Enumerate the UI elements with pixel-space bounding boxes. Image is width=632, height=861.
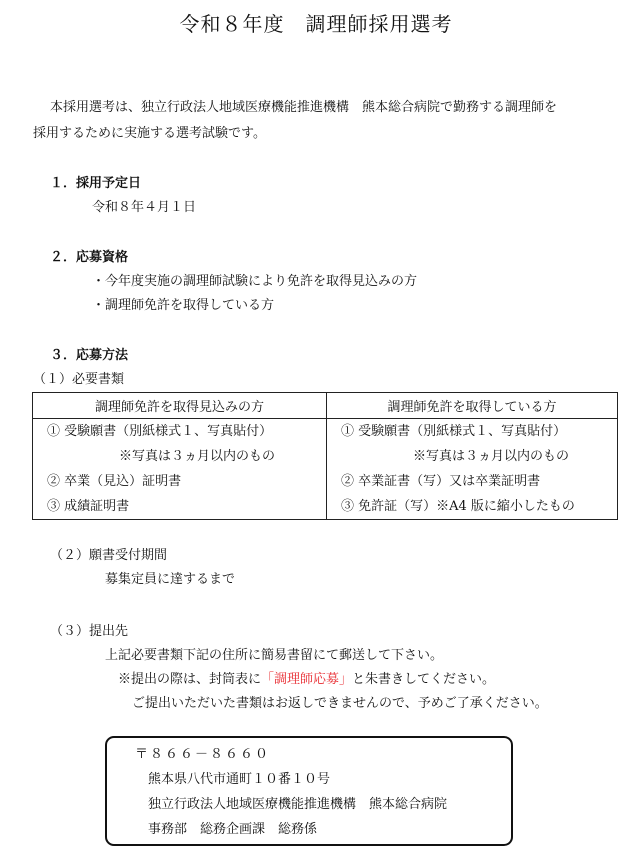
required-documents-table: 調理師免許を取得見込みの方 調理師免許を取得している方 ① 受験願書（別紙様式１…: [32, 392, 618, 520]
red-highlight-text: 「調理師応募」: [261, 672, 352, 687]
section-heading-start-date: １．採用予定日: [50, 176, 141, 192]
department-name: 事務部 総務企画課 総務係: [148, 822, 317, 838]
start-date-value: 令和８年４月１日: [92, 200, 196, 216]
section-heading-application: ３．応募方法: [50, 348, 128, 364]
period-value: 募集定員に達するまで: [105, 572, 235, 588]
expected-docs-cell: ① 受験願書（別紙様式１、写真貼付） ※写真は３ヵ月以内のもの ② 卒業（見込）…: [33, 419, 327, 520]
intro-line-1: 本採用選考は、独立行政法人地域医療機能推進機構 熊本総合病院で勤務する調理師を: [50, 100, 557, 116]
column-header-licensed: 調理師免許を取得している方: [327, 393, 618, 419]
intro-line-2: 採用するために実施する選考試験です。: [33, 126, 266, 142]
subsection-heading-required-docs: （１）必要書類: [33, 372, 124, 388]
table-row: ③ 免許証（写）※A4 版に縮小したもの: [341, 494, 617, 519]
table-row: ※写真は３ヵ月以内のもの: [341, 444, 617, 469]
subsection-heading-period: （２）願書受付期間: [50, 548, 167, 564]
subsection-heading-destination: （３）提出先: [50, 624, 128, 640]
envelope-note-prefix: ※提出の際は、封筒表に: [118, 672, 261, 687]
licensed-docs-cell: ① 受験願書（別紙様式１、写真貼付） ※写真は３ヵ月以内のもの ② 卒業証書（写…: [327, 419, 618, 520]
section-heading-eligibility: ２．応募資格: [50, 250, 128, 266]
table-row: ② 卒業証書（写）又は卒業証明書: [341, 469, 617, 494]
table-row: ① 受験願書（別紙様式１、写真貼付）: [47, 419, 326, 444]
envelope-note-suffix: と朱書きしてください。: [352, 672, 495, 687]
page-title: 令和８年度 調理師採用選考: [0, 8, 632, 37]
column-header-expected: 調理師免許を取得見込みの方: [33, 393, 327, 419]
address-box: 〒８６６－８６６０ 熊本県八代市通町１０番１０号 独立行政法人地域医療機能推進機…: [105, 736, 513, 846]
organization-name: 独立行政法人地域医療機能推進機構 熊本総合病院: [148, 797, 447, 813]
table-row: ※写真は３ヵ月以内のもの: [47, 444, 326, 469]
eligibility-item: ・調理師免許を取得している方: [92, 298, 274, 314]
postal-code: 〒８６６－８６６０: [135, 747, 270, 763]
table-row: ② 卒業（見込）証明書: [47, 469, 326, 494]
envelope-note: ※提出の際は、封筒表に「調理師応募」と朱書きしてください。: [118, 672, 495, 688]
table-row: ① 受験願書（別紙様式１、写真貼付）: [341, 419, 617, 444]
eligibility-item: ・今年度実施の調理師試験により免許を取得見込みの方: [92, 274, 417, 290]
destination-instruction: 上記必要書類下記の住所に簡易書留にて郵送して下さい。: [105, 648, 443, 664]
table-row: ③ 成績証明書: [47, 494, 326, 519]
no-return-note: ご提出いただいた書類はお返しできませんので、予めご了承ください。: [132, 696, 548, 712]
street-address: 熊本県八代市通町１０番１０号: [148, 772, 330, 788]
